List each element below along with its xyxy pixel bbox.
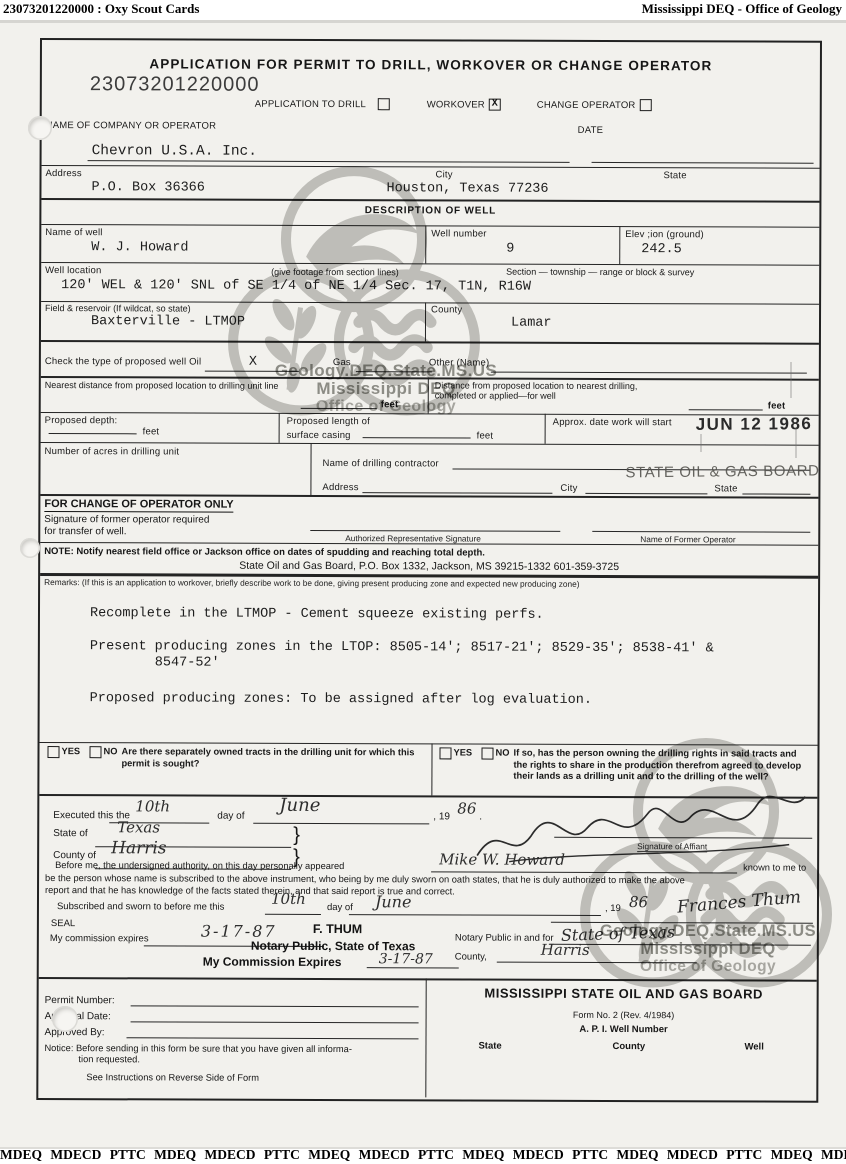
drill-checkbox xyxy=(378,98,390,110)
change-operator-note-2: for transfer of well. xyxy=(44,526,126,537)
depth-feet-unit: feet xyxy=(143,426,160,437)
appeared-prefix: Before me, the undersigned authority, on… xyxy=(55,860,344,871)
contractor-city-label: City xyxy=(560,483,577,494)
sworn-day-of: day of xyxy=(327,902,353,913)
executed-day-handwritten: 10th xyxy=(135,797,170,815)
divider xyxy=(545,414,546,444)
casing-label-2: surface casing xyxy=(287,430,351,441)
divider xyxy=(425,978,426,1097)
notice-line-1: Notice: Before sending in this form be s… xyxy=(44,1043,352,1054)
well-name-label: Name of well xyxy=(45,227,102,238)
field-reservoir-label: Field & reservoir (If wildcat, so state) xyxy=(45,303,191,314)
former-operator-label: Name of Former Operator xyxy=(640,534,735,544)
scan-noise xyxy=(790,362,792,398)
notary-in-for-label: Notary Public in and for xyxy=(455,932,554,943)
sworn-day-handwritten: 10th xyxy=(271,890,306,908)
sworn-prefix: Subscribed and sworn to before me this xyxy=(57,901,224,913)
date-label: DATE xyxy=(578,125,603,136)
company-label: NAME OF COMPANY OR OPERATOR xyxy=(46,120,216,132)
blank-line xyxy=(689,409,763,410)
notary-stamp-date-handwritten: 3-17-87 xyxy=(379,951,433,967)
viewer-footer-line: MDEQ MDECD PTTC MDEQ MDECD PTTC MDEQ MDE… xyxy=(0,1147,846,1163)
county-of-handwritten: Harris xyxy=(111,838,166,858)
commission-expires-label: My commission expires xyxy=(50,933,149,944)
note-text: NOTE: Notify nearest field office or Jac… xyxy=(44,546,485,559)
blank-line xyxy=(131,1005,419,1007)
casing-feet-unit: feet xyxy=(477,431,494,442)
tracts-yes-checkbox xyxy=(47,746,59,758)
appeared-name-handwritten: Mike W. Howard xyxy=(439,850,565,868)
state-label: State xyxy=(664,170,687,181)
remarks-label: Remarks: (If this is an application to w… xyxy=(44,577,579,589)
brace: } xyxy=(293,824,300,847)
viewer-header-right: Mississippi DEQ - Office of Geology xyxy=(642,1,842,17)
rights-yes-checkbox xyxy=(439,747,451,759)
board-well-label: Well xyxy=(744,1041,763,1052)
signature-line xyxy=(310,530,560,532)
board-county-label: County xyxy=(612,1041,645,1052)
tracts-no-label: NO xyxy=(103,746,117,758)
notary-county-label: County, xyxy=(455,951,487,962)
watermark-text-bottom: Geology.DEQ.State.MS.US Mississippi DEQ … xyxy=(578,922,838,976)
field-reservoir-value: Baxterville - LTMOP xyxy=(91,314,245,330)
watermark-office: Office of Geology xyxy=(252,398,520,416)
feet-unit-right: feet xyxy=(768,401,786,412)
change-operator-note-1: Signature of former operator required xyxy=(44,514,209,526)
remarks-line-4: Proposed producing zones: To be assigned… xyxy=(90,691,592,708)
company-name-value: Chevron U.S.A. Inc. xyxy=(92,143,257,160)
watermark-org: Mississippi DEQ xyxy=(252,380,520,398)
tracts-yes-label: YES xyxy=(61,746,80,758)
blank-line xyxy=(253,823,429,825)
scan-noise xyxy=(700,434,702,452)
remarks-line-1: Recomplete in the LTMOP - Cement squeeze… xyxy=(90,606,544,623)
hole-punch xyxy=(52,1006,78,1032)
well-type-label: Check the type of proposed well Oil xyxy=(45,356,201,368)
instructions-text: See Instructions on Reverse Side of Form xyxy=(86,1072,259,1083)
workover-label: WORKOVER xyxy=(427,99,485,110)
elevation-value: 242.5 xyxy=(641,242,682,257)
permit-number-label: Permit Number: xyxy=(45,995,115,1006)
notice-line-2: tion requested. xyxy=(78,1054,140,1064)
blank-line xyxy=(585,493,707,494)
address-value: P.O. Box 36366 xyxy=(91,180,204,195)
blank-line xyxy=(49,433,137,434)
contractor-label: Name of drilling contractor xyxy=(322,458,438,469)
executed-month-handwritten: June xyxy=(279,795,320,816)
signature-line xyxy=(592,531,810,533)
executed-day-of: day of xyxy=(217,811,244,822)
blank-line xyxy=(127,1037,419,1039)
api-well-number-label: A. P. I. Well Number xyxy=(431,1023,817,1035)
divider xyxy=(431,743,432,795)
blank-line xyxy=(265,914,321,915)
hole-punch xyxy=(28,116,52,140)
divider xyxy=(619,226,620,264)
blank-line xyxy=(592,162,814,164)
acres-label: Number of acres in drilling unit xyxy=(45,446,180,457)
address-label: Address xyxy=(46,168,82,179)
change-operator-heading: FOR CHANGE OF OPERATOR ONLY xyxy=(44,498,233,513)
workover-check-mark: X xyxy=(492,99,498,110)
rights-no-checkbox xyxy=(481,748,493,760)
divider xyxy=(310,443,311,495)
work-start-label: Approx. date work will start xyxy=(553,417,672,428)
scanned-document-page: 23073201220000 : Oxy Scout Cards Mississ… xyxy=(0,0,846,1164)
section-township-label: Section — township — range or block & su… xyxy=(506,267,694,278)
viewer-header-left: 23073201220000 : Oxy Scout Cards xyxy=(3,1,199,17)
proposed-depth-label: Proposed depth: xyxy=(45,415,118,426)
notary-stamp-name: F. THUM xyxy=(313,922,362,936)
watermark-url: Geology.DEQ.State.MS.US xyxy=(252,362,520,380)
watermark-org: Mississippi DEQ xyxy=(578,940,838,958)
seal-label: SEAL xyxy=(51,918,75,929)
hole-punch xyxy=(20,538,40,558)
watermark-text-top: Geology.DEQ.State.MS.US Mississippi DEQ … xyxy=(252,362,520,416)
change-operator-label: CHANGE OPERATOR xyxy=(537,100,636,111)
state-oil-gas-board-stamp: STATE OIL & GAS BOARD xyxy=(625,462,819,481)
blank-line xyxy=(131,1021,419,1023)
well-number-value: 9 xyxy=(506,242,514,257)
well-location-label: Well location xyxy=(45,265,101,276)
tracts-no-checkbox xyxy=(89,746,101,758)
sworn-month-handwritten: June xyxy=(375,892,412,911)
board-address: State Oil and Gas Board, P.O. Box 1332, … xyxy=(40,559,818,574)
form-number: Form No. 2 (Rev. 4/1984) xyxy=(431,1009,817,1020)
tracts-left-question: Are there separately owned tracts in the… xyxy=(121,746,419,770)
change-operator-checkbox xyxy=(640,99,652,111)
form-title: APPLICATION FOR PERMIT TO DRILL, WORKOVE… xyxy=(42,56,820,74)
blank-line xyxy=(349,914,601,916)
blank-line xyxy=(491,372,807,374)
elevation-label: Elev ;ion (ground) xyxy=(625,229,704,240)
rights-yes-label: YES xyxy=(453,747,472,759)
well-name-value: W. J. Howard xyxy=(91,240,188,255)
workover-checkbox: X xyxy=(489,99,501,111)
notary-stamp-line-3: My Commission Expires xyxy=(203,955,342,969)
approved-by-label: Approved By: xyxy=(45,1027,105,1038)
authorized-signature-label: Authorized Representative Signature xyxy=(345,533,481,543)
api-number-stamp: 23073201220000 xyxy=(90,73,260,97)
application-to-drill-label: APPLICATION TO DRILL xyxy=(255,99,366,110)
blank-line xyxy=(362,492,552,494)
watermark-url: Geology.DEQ.State.MS.US xyxy=(578,922,838,940)
remarks-line-2: Present producing zones in the LTOP: 850… xyxy=(90,639,714,656)
blank-line xyxy=(363,437,471,438)
scan-noise xyxy=(795,428,797,458)
county-value: Lamar xyxy=(511,316,552,331)
rights-no-label: NO xyxy=(495,748,509,760)
contractor-state-label: State xyxy=(714,483,737,494)
blank-line xyxy=(367,967,459,968)
remarks-line-3: 8547-52' xyxy=(155,655,220,670)
blank-line xyxy=(742,493,810,494)
state-of-label: State of xyxy=(53,828,88,839)
blank-line xyxy=(88,160,570,163)
watermark-office: Office of Geology xyxy=(578,958,838,976)
contractor-address-label: Address xyxy=(322,482,358,493)
board-state-label: State xyxy=(478,1041,501,1052)
executed-year-prefix: , 19 xyxy=(433,811,450,822)
state-of-handwritten: Texas xyxy=(117,818,160,836)
